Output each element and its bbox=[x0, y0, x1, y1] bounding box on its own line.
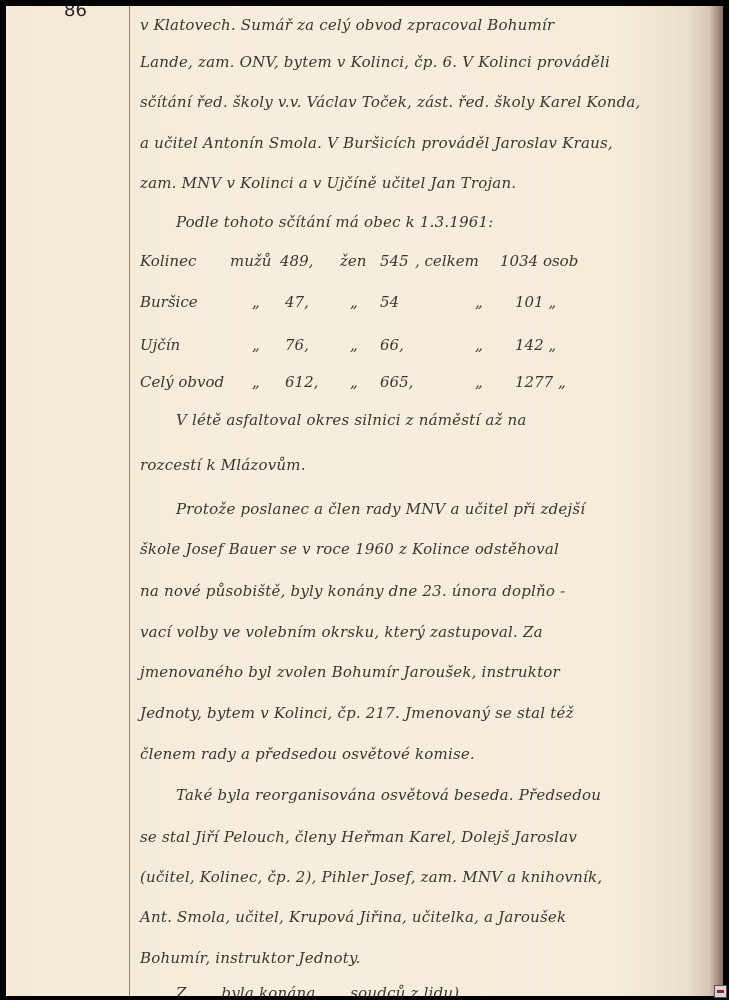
text-line: na nové působiště, byly konány dne 23. ú… bbox=[140, 582, 565, 600]
text-line: Lande, zam. ONV, bytem v Kolinci, čp. 6.… bbox=[140, 53, 610, 71]
census-total: 1034 osob bbox=[500, 252, 578, 270]
census-men-label: „ bbox=[252, 373, 260, 391]
text-line: Protože poslanec a člen rady MNV a učite… bbox=[140, 500, 585, 518]
census-total-label: „ bbox=[475, 336, 483, 354]
census-men-label: „ bbox=[252, 293, 260, 311]
text-line: vací volby ve volebním okrsku, který zas… bbox=[140, 623, 543, 641]
book-spine-shadow bbox=[709, 6, 723, 996]
census-total: 101 „ bbox=[515, 293, 556, 311]
census-intro: Podle tohoto sčítání má obec k 1.3.1961: bbox=[140, 213, 494, 231]
text-line: zam. MNV v Kolinci a v Ujčíně učitel Jan… bbox=[140, 174, 516, 192]
census-women: 66, bbox=[380, 336, 404, 354]
census-total-label: „ bbox=[475, 373, 483, 391]
census-women-label: „ bbox=[350, 293, 358, 311]
census-total-label: „ bbox=[475, 293, 483, 311]
census-men: 76, bbox=[285, 336, 309, 354]
text-line: (učitel, Kolinec, čp. 2), Pihler Josef, … bbox=[140, 868, 602, 886]
census-total: 142 „ bbox=[515, 336, 556, 354]
census-place: Kolinec bbox=[140, 252, 196, 270]
text-line: Také byla reorganisována osvětová beseda… bbox=[140, 786, 601, 804]
census-women-label: „ bbox=[350, 373, 358, 391]
census-place: Celý obvod bbox=[140, 373, 224, 391]
text-line: Bohumír, instruktor Jednoty. bbox=[140, 949, 361, 967]
text-line: V létě asfaltoval okres silnici z náměst… bbox=[140, 411, 527, 429]
census-place: Buršice bbox=[140, 293, 198, 311]
margin-rule bbox=[129, 6, 130, 996]
text-line: a učitel Antonín Smola. V Buršicích prov… bbox=[140, 134, 613, 152]
census-men: 612, bbox=[285, 373, 318, 391]
census-men-label: „ bbox=[252, 336, 260, 354]
text-line: Ant. Smola, učitel, Krupová Jiřina, učit… bbox=[140, 908, 566, 926]
text-line-partial: Z . . . byla konána . . . soudců z lidu) bbox=[140, 984, 459, 996]
text-line: jmenovaného byl zvolen Bohumír Jaroušek,… bbox=[140, 663, 560, 681]
text-line: členem rady a předsedou osvětové komise. bbox=[140, 745, 475, 763]
census-men: 47, bbox=[285, 293, 309, 311]
minimize-icon[interactable] bbox=[714, 985, 727, 998]
page-number: 86 bbox=[64, 6, 87, 21]
text-line: škole Josef Bauer se v roce 1960 z Kolin… bbox=[140, 540, 559, 558]
text-line: Jednoty, bytem v Kolinci, čp. 217. Jmeno… bbox=[140, 704, 574, 722]
census-women: 54 bbox=[380, 293, 399, 311]
census-women-label: „ bbox=[350, 336, 358, 354]
census-women: 545 bbox=[380, 252, 409, 270]
chronicle-page: 86 v Klatovech. Sumář za celý obvod zpra… bbox=[6, 6, 723, 996]
census-total-label: , celkem bbox=[415, 252, 479, 270]
text-line: se stal Jiří Pelouch, členy Heřman Karel… bbox=[140, 828, 577, 846]
census-women: 665, bbox=[380, 373, 413, 391]
text-line: rozcestí k Mlázovům. bbox=[140, 456, 306, 474]
census-men: 489, bbox=[280, 252, 313, 270]
text-line: sčítání řed. školy v.v. Václav Toček, zá… bbox=[140, 93, 641, 111]
census-total: 1277 „ bbox=[515, 373, 566, 391]
census-men-label: mužů bbox=[230, 252, 271, 270]
census-place: Ujčín bbox=[140, 336, 180, 354]
census-women-label: žen bbox=[340, 252, 366, 270]
text-line: v Klatovech. Sumář za celý obvod zpracov… bbox=[140, 16, 554, 34]
